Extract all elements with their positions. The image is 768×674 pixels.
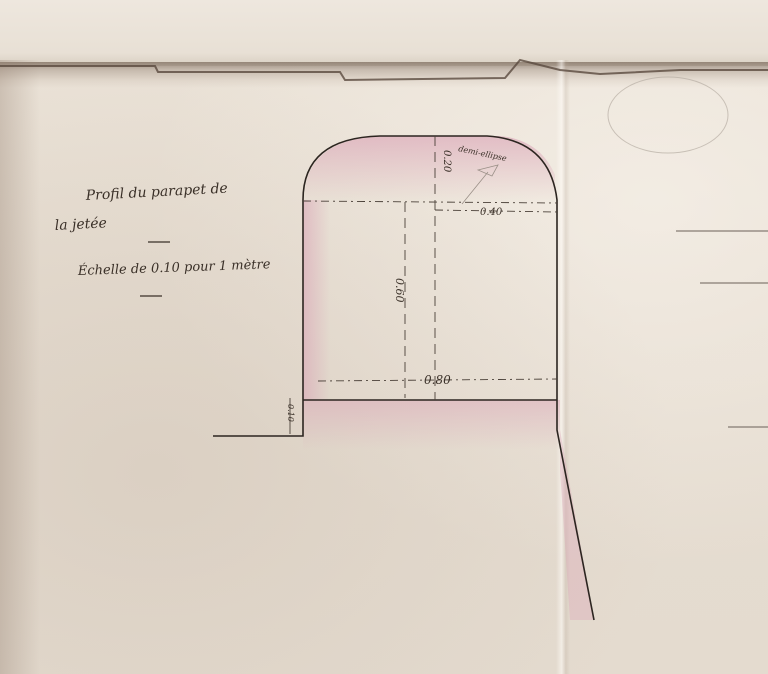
step-height-label: 0.10 [286, 404, 295, 422]
title-line-1: Profil du parapet de [84, 181, 228, 204]
height-body-label: 0.60 [393, 278, 406, 303]
pencil-ellipse-mark [608, 77, 728, 153]
parapet-profile-drawing: Profil du parapet de la jetée Échelle de… [0, 0, 768, 674]
wash-left [303, 200, 330, 400]
wash-base [303, 400, 560, 450]
ruled-lines-right [676, 231, 768, 427]
title-line-2: la jetée [54, 215, 107, 234]
dimension-lines [303, 201, 557, 381]
base-width-label: 0.80 [424, 373, 451, 387]
scale-note: Échelle de 0.10 pour 1 mètre [77, 256, 271, 279]
paper-sheet: Profil du parapet de la jetée Échelle de… [0, 0, 768, 674]
wash-crown [305, 136, 555, 200]
height-crown-label: 0.20 [441, 150, 452, 173]
profile-outline [213, 136, 594, 620]
crease-lines [0, 60, 768, 80]
half-width-label: 0.40 [480, 207, 503, 218]
